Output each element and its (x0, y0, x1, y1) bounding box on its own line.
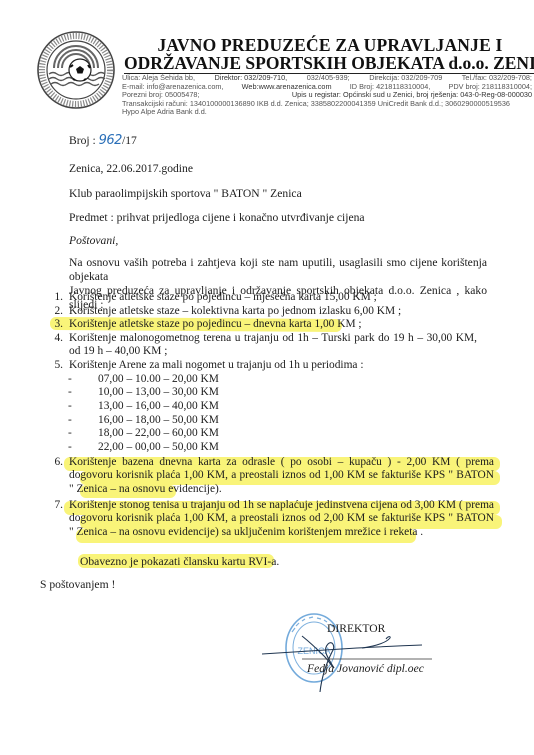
subject-line: Predmet : prihvat prijedloga cijene i ko… (69, 211, 365, 225)
dash-bullet: - (68, 441, 72, 455)
period-price: 50,00 KM (172, 414, 219, 426)
list-item-highlighted: 6. Korištenje bazena dnevna karta za odr… (40, 456, 495, 497)
membership-note: Obavezno je pokazati člansku kartu RVI-a… (80, 555, 279, 569)
company-name-line2: ODRŽAVANJE SPORTSKIH OBJEKATA d.o.o. ZEN… (124, 54, 534, 74)
period-price: 30,00 KM (172, 386, 219, 398)
list-item: 2. Korištenje atletske staze – kolektivn… (40, 305, 495, 319)
period-range: 16,00 – 18,00 (98, 414, 161, 426)
price-list: 1. Korištenje atletske staze po pojedinc… (40, 291, 495, 539)
list-item: 4. Korištenje malonogometnog terena u tr… (40, 332, 495, 359)
period-price: 40,00 KM (172, 400, 219, 412)
period-item: -07,00 – 10.00 – 20,00 KM (40, 373, 495, 387)
reference-number: Broj : 962/17 (69, 134, 137, 148)
dash-bullet: - (68, 386, 72, 400)
period-range: 13,00 – 16,00 (98, 400, 161, 412)
list-item: 1. Korištenje atletske staze po pojedinc… (40, 291, 495, 305)
dash-bullet: - (68, 400, 72, 414)
dash-bullet: - (68, 414, 72, 428)
separator: – (161, 441, 172, 453)
separator: – (161, 427, 172, 439)
period-list: -07,00 – 10.00 – 20,00 KM-10,00 – 13,00 … (40, 373, 495, 455)
letter-page: JAVNO PREDUZEĆE ZA UPRAVLJANJE I ODRŽAVA… (0, 0, 534, 755)
separator: – (161, 373, 172, 385)
separator: – (161, 414, 172, 426)
period-item: -22,00 – 00,00 – 50,00 KM (40, 441, 495, 455)
separator: – (161, 400, 172, 412)
period-item: -18,00 – 22,00 – 60,00 KM (40, 427, 495, 441)
handwritten-number: 962 (99, 133, 122, 148)
salutation: Poštovani, (69, 234, 118, 248)
period-item: -13,00 – 16,00 – 40,00 KM (40, 400, 495, 414)
list-item-highlighted: 3. Korištenje atletske staze po pojedinc… (40, 318, 495, 332)
dash-bullet: - (68, 427, 72, 441)
list-item: 5. Korištenje Arene za mali nogomet u tr… (40, 359, 495, 373)
period-price: 50,00 KM (172, 441, 219, 453)
sports-facility-logo-icon (36, 30, 116, 110)
period-price: 60,00 KM (172, 427, 219, 439)
signatory-name: Fedja Jovanović dipl.oec (307, 662, 424, 675)
period-range: 07,00 – 10.00 (98, 373, 161, 385)
period-price: 20,00 KM (172, 373, 219, 385)
company-contact-info: Ulica: Aleja Šehida bb, Direktor: 032/20… (122, 74, 532, 117)
list-item-highlighted: 7. Korištenje stonog tenisa u trajanju o… (40, 499, 495, 540)
period-range: 10,00 – 13,00 (98, 386, 161, 398)
period-item: -16,00 – 18,00 – 50,00 KM (40, 414, 495, 428)
contact-line: Hypo Alpe Adria Bank d.d. (122, 108, 532, 117)
separator: – (161, 386, 172, 398)
date-line: Zenica, 22.06.2017.godine (69, 162, 193, 176)
recipient: Klub paraolimpijskih sportova " BATON " … (69, 187, 302, 201)
closing: S poštovanjem ! (40, 578, 115, 592)
dash-bullet: - (68, 373, 72, 387)
period-range: 22,00 – 00,00 (98, 441, 161, 453)
period-range: 18,00 – 22,00 (98, 427, 161, 439)
period-item: -10,00 – 13,00 – 30,00 KM (40, 386, 495, 400)
